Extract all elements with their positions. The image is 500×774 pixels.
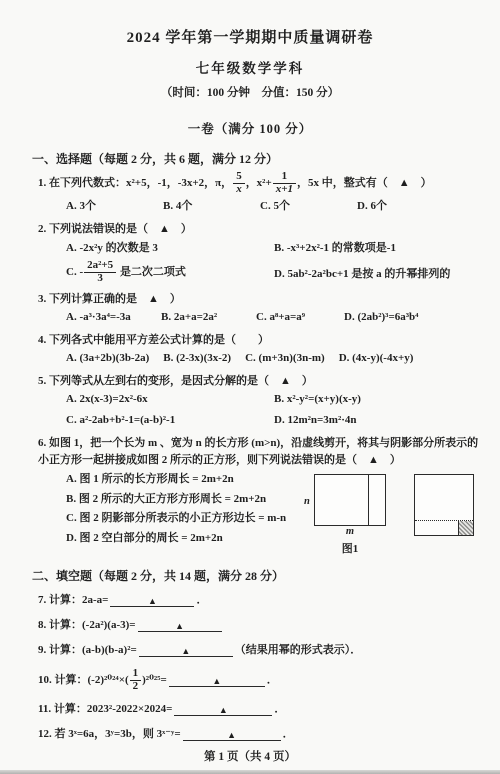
answer-triangle: ▲	[148, 596, 157, 606]
question-2: 2. 下列说法错误的是（ ▲ ） A. -2x²y 的次数是 3 B. -x³+…	[38, 221, 482, 285]
option-d: D. (4x-y)(-4x+y)	[339, 350, 414, 367]
question-4-options: A. (3a+2b)(3b-2a) B. (2-3x)(3x-2) C. (m+…	[66, 350, 482, 367]
figure-1-cut-line	[368, 475, 369, 525]
answer-blank: ▲	[183, 729, 281, 741]
question-2-options-ab: A. -2x²y 的次数是 3 B. -x³+2x²-1 的常数项是-1	[66, 240, 482, 257]
answer-blank: ▲	[110, 595, 194, 607]
option-a: A. (3a+2b)(3b-2a)	[66, 350, 149, 367]
option-c: C. 5个	[260, 198, 357, 215]
option-d: D. (2ab²)³=6a³b⁴	[344, 309, 418, 326]
answer-triangle: ▲	[219, 705, 228, 715]
question-12: 12. 若 3ˣ=6a，3ʸ=3b，则 3ˣ⁻ʸ=▲．	[38, 727, 488, 743]
option-a: A. -a³·3a⁴=-3a	[66, 309, 161, 326]
answer-blank: ▲	[138, 620, 222, 632]
volume-heading: 一卷（满分 100 分）	[12, 119, 488, 137]
question-10: 10. 计算：(-2)²⁰²⁴×(12)²⁰²⁵=▲．	[38, 668, 488, 693]
figure-2-square	[414, 474, 474, 536]
option-b: B. 图 2 所示的大正方形方形周长 = 2m+2n	[66, 491, 300, 508]
exam-page: 2024 学年第一学期期中质量调研卷 七年级数学学科 （时间：100 分钟 分值…	[0, 0, 500, 774]
question-3-options: A. -a³·3a⁴=-3a B. 2a+a=2a² C. a⁸+a=a⁹ D.…	[66, 309, 482, 326]
figure-2	[414, 474, 474, 536]
question-4: 4. 下列各式中能用平方差公式计算的是（ ） A. (3a+2b)(3b-2a)…	[38, 332, 482, 367]
question-6: 6. 如图 1，把一个长为 m 、宽为 n 的长方形 (m>n)，沿虚线剪开，将…	[38, 435, 482, 557]
question-7: 7. 计算：2a-a=▲．	[38, 593, 488, 609]
question-5: 5. 下列等式从左到右的变形，是因式分解的是（ ▲ ） A. 2x(x-3)=2…	[38, 373, 482, 429]
answer-triangle: ▲	[181, 646, 190, 656]
question-8: 8. 计算：(-2a²)(a-3)=▲	[38, 618, 488, 634]
question-1-options: A. 3个 B. 4个 C. 5个 D. 6个	[66, 198, 482, 215]
question-5-options-cd: C. a²-2ab+b²-1=(a-b)²-1 D. 12m²n=3m²·4n	[66, 412, 482, 429]
question-1-stem: 1. 在下列代数式：x²+5，-1，-3x+2，π，5x，x²+1x+1，5x …	[38, 171, 482, 196]
figure-1-label-n: n	[304, 494, 310, 510]
question-4-stem: 4. 下列各式中能用平方差公式计算的是（ ）	[38, 332, 482, 349]
figure-1-rectangle	[314, 474, 386, 526]
option-c: C. 图 2 阴影部分所表示的小正方形边长 = m-n	[66, 510, 300, 527]
option-b: B. 2a+a=2a²	[161, 309, 256, 326]
figure-2-strip	[415, 520, 473, 535]
fraction: 2a²+53	[84, 260, 116, 285]
option-d: D. 图 2 空白部分的周长 = 2m+2n	[66, 530, 300, 547]
page-title: 2024 学年第一学期期中质量调研卷	[12, 26, 488, 47]
question-3: 3. 下列计算正确的是 ▲ ） A. -a³·3a⁴=-3a B. 2a+a=2…	[38, 291, 482, 326]
question-3-stem: 3. 下列计算正确的是 ▲ ）	[38, 291, 482, 308]
option-c: C. (m+3n)(3n-m)	[245, 350, 325, 367]
option-a: A. -2x²y 的次数是 3	[66, 240, 274, 257]
question-9: 9. 计算：(a-b)(b-a)²=▲（结果用幂的形式表示）．	[38, 643, 488, 659]
page-number: 第 1 页（共 4 页）	[0, 748, 500, 764]
option-a: A. 3个	[66, 198, 163, 215]
answer-blank: ▲	[169, 675, 265, 687]
answer-triangle: ▲	[175, 621, 184, 631]
option-c: C. a²-2ab+b²-1=(a-b)²-1	[66, 412, 274, 429]
question-6-options: A. 图 1 所示的长方形周长 = 2m+2n B. 图 2 所示的大正方形方形…	[38, 468, 300, 557]
question-11: 11. 计算：2023²-2022×2024=▲．	[38, 702, 488, 718]
fraction: 12	[130, 668, 142, 693]
option-d: D. 6个	[357, 198, 454, 215]
option-b: B. (2-3x)(3x-2)	[163, 350, 231, 367]
figure-2-shaded-square	[458, 521, 473, 535]
option-a: A. 2x(x-3)=2x²-6x	[66, 391, 274, 408]
exam-meta: （时间：100 分钟 分值：150 分）	[12, 84, 488, 100]
answer-blank: ▲	[139, 645, 233, 657]
figure-1: n m 图1	[314, 474, 386, 557]
option-c: C. -2a²+53 是二次二项式	[66, 260, 274, 285]
exam-subject: 七年级数学学科	[12, 57, 488, 77]
question-1: 1. 在下列代数式：x²+5，-1，-3x+2，π，5x，x²+1x+1，5x …	[38, 171, 482, 214]
option-b: B. x²-y²=(x+y)(x-y)	[274, 391, 482, 408]
figure-1-caption: 图1	[314, 541, 386, 558]
figure-1-label-m: m	[314, 526, 386, 538]
question-5-options-ab: A. 2x(x-3)=2x²-6x B. x²-y²=(x+y)(x-y)	[66, 391, 482, 408]
answer-triangle: ▲	[227, 730, 236, 740]
scan-edge	[0, 770, 500, 774]
fraction: 1x+1	[273, 171, 296, 196]
question-6-figures: n m 图1	[300, 468, 482, 557]
option-d: D. 5ab²-2a²bc+1 是按 a 的升幂排列的	[274, 260, 482, 285]
answer-triangle: ▲	[212, 676, 221, 686]
option-c: C. a⁸+a=a⁹	[256, 309, 344, 326]
question-6-stem: 6. 如图 1，把一个长为 m 、宽为 n 的长方形 (m>n)，沿虚线剪开，将…	[38, 435, 482, 468]
section-fill-header: 二、填空题（每题 2 分，共 14 题，满分 28 分）	[32, 567, 488, 584]
fraction: 5x	[233, 171, 245, 196]
option-b: B. 4个	[163, 198, 260, 215]
option-a: A. 图 1 所示的长方形周长 = 2m+2n	[66, 471, 300, 488]
question-5-stem: 5. 下列等式从左到右的变形，是因式分解的是（ ▲ ）	[38, 373, 482, 390]
option-b: B. -x³+2x²-1 的常数项是-1	[274, 240, 482, 257]
question-2-stem: 2. 下列说法错误的是（ ▲ ）	[38, 221, 482, 238]
answer-blank: ▲	[174, 704, 272, 716]
question-2-options-cd: C. -2a²+53 是二次二项式 D. 5ab²-2a²bc+1 是按 a 的…	[66, 260, 482, 285]
option-d: D. 12m²n=3m²·4n	[274, 412, 482, 429]
section-choice-header: 一、选择题（每题 2 分，共 6 题，满分 12 分）	[32, 150, 488, 167]
